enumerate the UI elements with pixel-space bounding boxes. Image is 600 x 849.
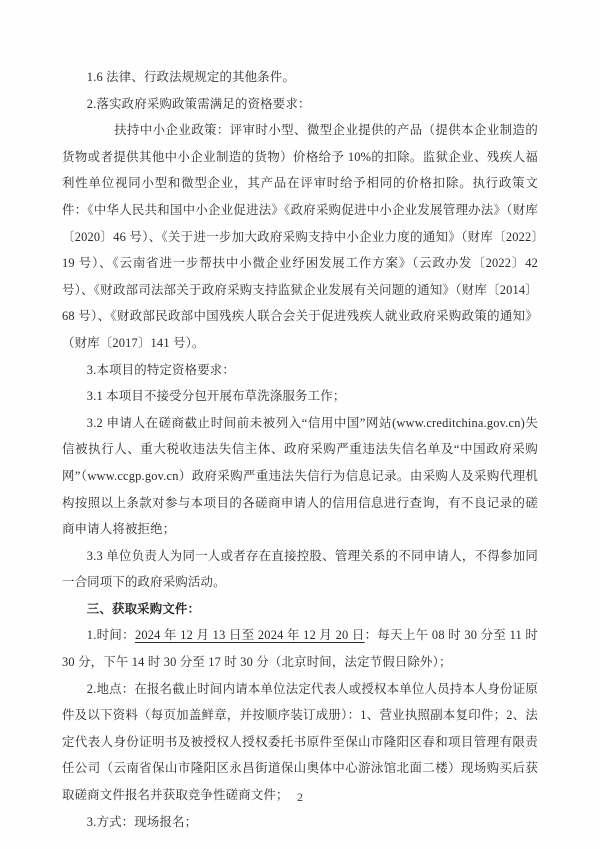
clause-2-policy-requirements: 2.落实政府采购政策需满足的资格要求： [62, 91, 538, 118]
clause-3-2-credit-check: 3.2 申请人在磋商截止时间前未被列入“信用中国”网站(www.creditch… [62, 410, 538, 543]
section-heading-obtain-procurement-documents: 三、获取采购文件： [62, 596, 538, 623]
clause-3-specific-requirements: 3.本项目的特定资格要求： [62, 357, 538, 384]
clause-1-6-other-conditions: 1.6 法律、行政法规规定的其他条件。 [62, 64, 538, 91]
clause-method: 3.方式：现场报名； [62, 809, 538, 836]
document-page: 1.6 法律、行政法规规定的其他条件。 2.落实政府采购政策需满足的资格要求： … [0, 0, 600, 849]
clause-3-1-no-subcontract: 3.1 本项目不接受分包开展布草洗涤服务工作； [62, 383, 538, 410]
clause-time: 1.时间：2024 年 12 月 13 日至 2024 年 12 月 20 日：… [62, 622, 538, 675]
paragraph-sme-support-policy: 扶持中小企业政策：评审时小型、微型企业提供的产品（提供本企业制造的货物或者提供其… [62, 117, 538, 356]
clause-time-prefix: 1.时间： [87, 628, 135, 642]
clause-location: 2.地点：在报名截止时间内请本单位法定代表人或授权本单位人员持本人身份证原件及以… [62, 676, 538, 809]
clause-3-3-same-person-restriction: 3.3 单位负责人为同一人或者存在直接控股、管理关系的不同申请人，不得参加同一合… [62, 543, 538, 596]
page-number: 2 [0, 790, 600, 805]
document-body: 1.6 法律、行政法规规定的其他条件。 2.落实政府采购政策需满足的资格要求： … [62, 64, 538, 835]
underlined-date-range: 2024 年 12 月 13 日至 2024 年 12 月 20 日 [135, 628, 365, 642]
